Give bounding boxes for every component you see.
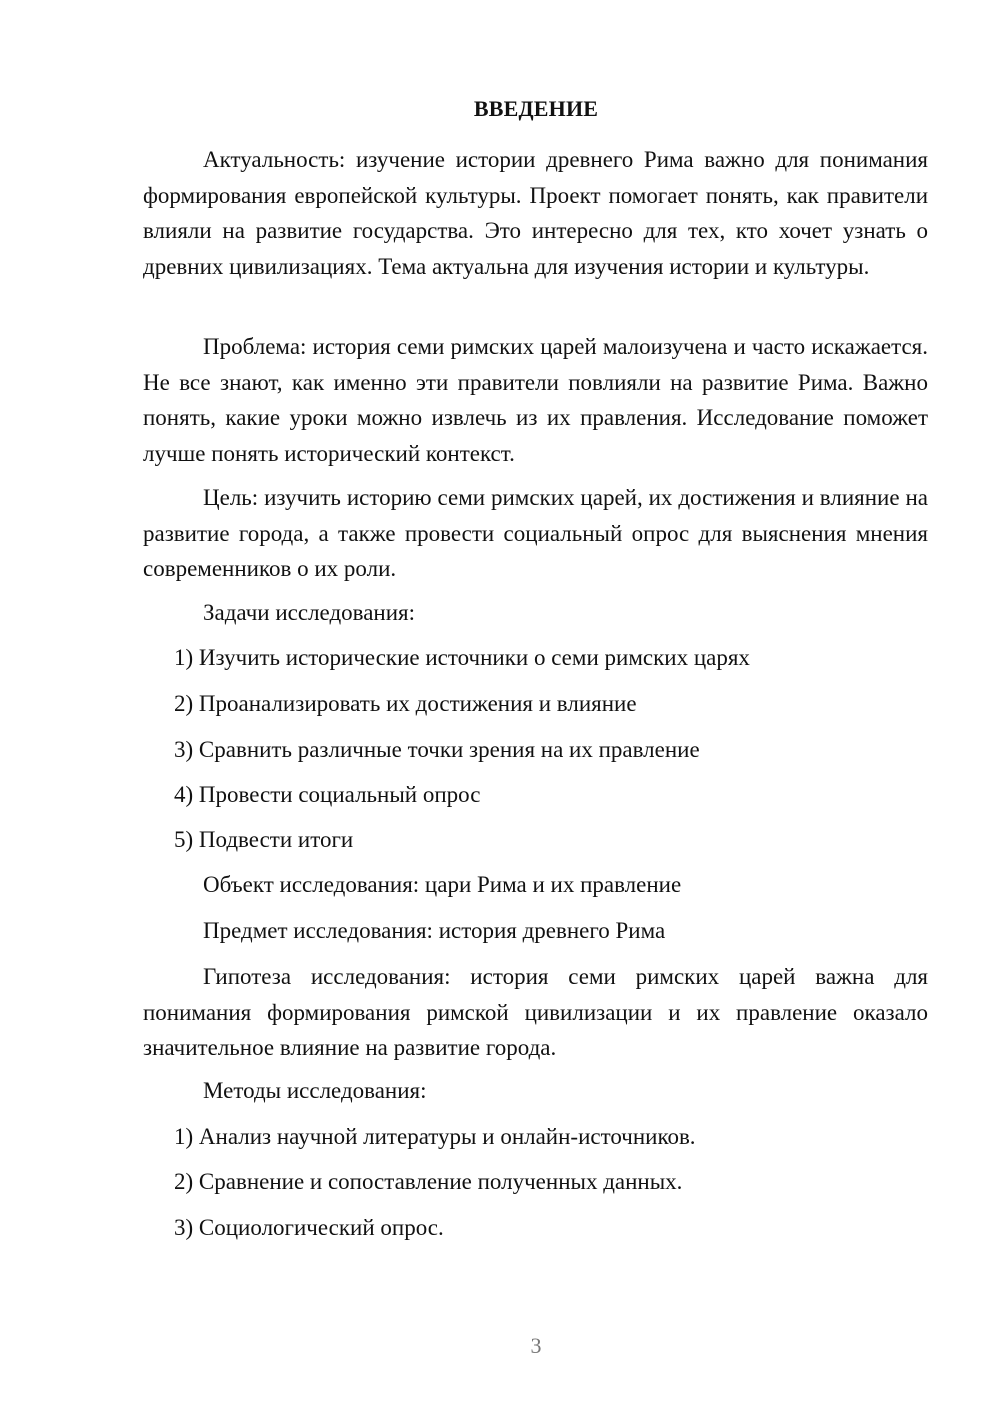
research-subject: Предмет исследования: история древнего Р… [203,916,665,946]
research-object: Объект исследования: цари Рима и их прав… [203,870,681,900]
section-title: ВВЕДЕНИЕ [0,96,1000,122]
paragraph-goal: Цель: изучить историю семи римских царей… [143,480,928,587]
methods-heading: Методы исследования: [203,1076,427,1106]
task-item: 2) Проанализировать их достижения и влия… [174,689,637,719]
page-number: 3 [0,1333,1000,1359]
task-item: 5) Подвести итоги [174,825,353,855]
paragraph-hypothesis: Гипотеза исследования: история семи римс… [143,959,928,1066]
method-item: 3) Социологический опрос. [174,1213,444,1243]
paragraph-relevance: Актуальность: изучение истории древнего … [143,142,928,284]
tasks-heading: Задачи исследования: [203,598,415,628]
method-item: 1) Анализ научной литературы и онлайн-ис… [174,1122,696,1152]
task-item: 3) Сравнить различные точки зрения на их… [174,735,700,765]
paragraph-problem: Проблема: история семи римских царей мал… [143,329,928,471]
document-page: ВВЕДЕНИЕ Актуальность: изучение истории … [0,0,1000,1414]
method-item: 2) Сравнение и сопоставление полученных … [174,1167,682,1197]
task-item: 1) Изучить исторические источники о семи… [174,643,750,673]
task-item: 4) Провести социальный опрос [174,780,480,810]
